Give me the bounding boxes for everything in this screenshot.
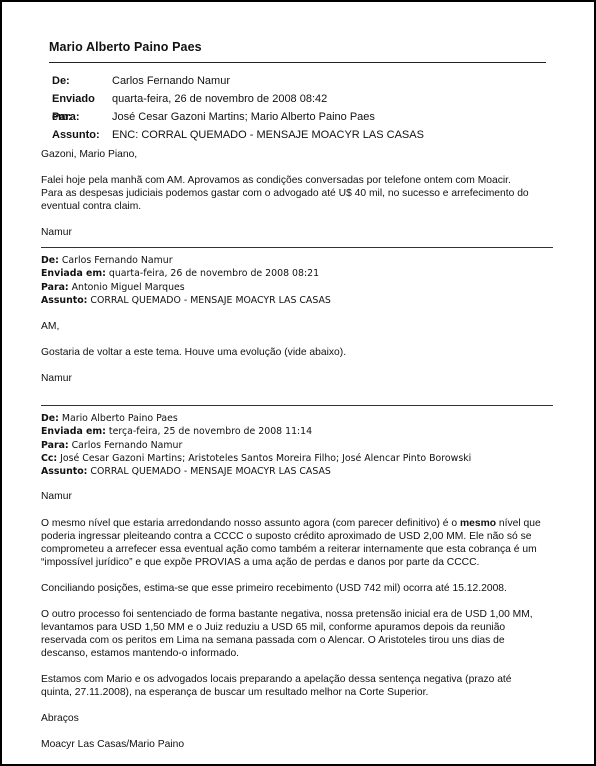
header-value: terça-feira, 25 de novembro de 2008 11:1… bbox=[109, 426, 312, 437]
header-subject: Assunto: CORRAL QUEMADO - MENSAJE MOACYR… bbox=[41, 465, 471, 478]
header-from: De: Mario Alberto Paino Paes bbox=[41, 412, 471, 425]
header-value: quarta-feira, 26 de novembro de 2008 08:… bbox=[112, 90, 327, 108]
header-sent: Enviada em: quarta-feira, 26 de novembro… bbox=[41, 267, 331, 280]
second-message-body: AM, Gostaria de voltar a este tema. Houv… bbox=[41, 320, 346, 385]
email-printout: Mario Alberto Paino Paes De: Carlos Fern… bbox=[0, 0, 596, 766]
third-message-headers: De: Mario Alberto Paino Paes Enviada em:… bbox=[41, 412, 471, 478]
header-value: Mario Alberto Paino Paes bbox=[62, 413, 178, 424]
header-label: De: bbox=[41, 255, 59, 266]
body-line: Gostaria de voltar a este tema. Houve um… bbox=[41, 346, 346, 359]
body-line: O mesmo nível que estaria arredondando n… bbox=[41, 517, 541, 530]
header-subject: Assunto: ENC: CORRAL QUEMADO - MENSAJE M… bbox=[52, 126, 424, 144]
body-line: levantamos para USD 1,50 MM e o Juiz red… bbox=[41, 621, 541, 634]
text-run: O mesmo nível que estaria arredondando n… bbox=[41, 518, 460, 529]
header-value: quarta-feira, 26 de novembro de 2008 08:… bbox=[109, 268, 319, 279]
header-to: Para: Antonio Miguel Marques bbox=[41, 281, 331, 294]
header-label: Enviada em: bbox=[41, 268, 106, 279]
body-line: eventual contra claim. bbox=[41, 200, 529, 213]
body-line: comprometeu a arrefecer essa eventual aç… bbox=[41, 543, 541, 556]
signature: Namur bbox=[41, 372, 346, 385]
body-line: quinta, 27.11.2008), na esperança de bus… bbox=[41, 686, 541, 699]
header-value: Antonio Miguel Marques bbox=[72, 282, 185, 293]
header-label: Assunto: bbox=[41, 466, 87, 477]
emphasis: mesmo bbox=[460, 518, 496, 529]
header-label: Assunto: bbox=[41, 295, 87, 306]
header-to: Para: Carlos Fernando Namur bbox=[41, 439, 471, 452]
body-line: Falei hoje pela manhã com AM. Aprovamos … bbox=[41, 174, 529, 187]
header-value: Carlos Fernando Namur bbox=[62, 255, 173, 266]
body-line: O outro processo foi sentenciado de form… bbox=[41, 608, 541, 621]
signature: Moacyr Las Casas/Mario Paino bbox=[41, 738, 541, 751]
message-separator bbox=[41, 405, 553, 406]
closing: Abraços bbox=[41, 712, 541, 725]
header-sent: Enviado em: quarta-feira, 26 de novembro… bbox=[52, 90, 424, 108]
second-message-headers: De: Carlos Fernando Namur Enviada em: qu… bbox=[41, 254, 331, 307]
greeting: Gazoni, Mario Piano, bbox=[41, 148, 529, 161]
header-label: Para: bbox=[41, 282, 69, 293]
header-from: De: Carlos Fernando Namur bbox=[41, 254, 331, 267]
header-to: Para: José Cesar Gazoni Martins; Mario A… bbox=[52, 108, 424, 126]
body-line: Para as despesas judiciais podemos gasta… bbox=[41, 187, 529, 200]
header-from: De: Carlos Fernando Namur bbox=[52, 72, 424, 90]
header-value: ENC: CORRAL QUEMADO - MENSAJE MOACYR LAS… bbox=[112, 126, 424, 144]
header-label: Para: bbox=[52, 108, 112, 126]
body-line: Estamos com Mario e os advogados locais … bbox=[41, 673, 541, 686]
text-run: nível que bbox=[496, 518, 541, 529]
signature: Namur bbox=[41, 226, 529, 239]
top-message-headers: De: Carlos Fernando Namur Enviado em: qu… bbox=[52, 72, 424, 144]
header-value: Carlos Fernando Namur bbox=[72, 440, 183, 451]
body-line: “impossível jurídico” e que expõe PROVIA… bbox=[41, 556, 541, 569]
header-subject: Assunto: CORRAL QUEMADO - MENSAJE MOACYR… bbox=[41, 294, 331, 307]
header-cc: Cc: José Cesar Gazoni Martins; Aristotel… bbox=[41, 452, 471, 465]
paragraph: Conciliando posições, estima-se que esse… bbox=[41, 582, 541, 595]
header-value: CORRAL QUEMADO - MENSAJE MOACYR LAS CASA… bbox=[90, 295, 330, 306]
body-line: descanso, estamos mantendo-o informado. bbox=[41, 647, 541, 660]
message-separator bbox=[41, 247, 553, 248]
greeting: AM, bbox=[41, 320, 346, 333]
top-message-body: Gazoni, Mario Piano, Falei hoje pela man… bbox=[41, 148, 529, 239]
paragraph: O mesmo nível que estaria arredondando n… bbox=[41, 517, 541, 569]
header-value: Carlos Fernando Namur bbox=[112, 72, 230, 90]
header-label: Enviado em: bbox=[52, 90, 112, 108]
body-line: reservada com os peritos em Lima na sema… bbox=[41, 634, 541, 647]
mailbox-owner: Mario Alberto Paino Paes bbox=[49, 40, 202, 54]
divider bbox=[49, 62, 546, 63]
header-label: De: bbox=[52, 72, 112, 90]
header-label: De: bbox=[41, 413, 59, 424]
paragraph: Estamos com Mario e os advogados locais … bbox=[41, 673, 541, 699]
header-label: Assunto: bbox=[52, 126, 112, 144]
header-label: Cc: bbox=[41, 453, 57, 464]
greeting: Namur bbox=[41, 490, 541, 503]
header-value: CORRAL QUEMADO - MENSAJE MOACYR LAS CASA… bbox=[90, 466, 330, 477]
third-message-body: Namur O mesmo nível que estaria arredond… bbox=[41, 490, 541, 751]
header-value: José Cesar Gazoni Martins; Aristoteles S… bbox=[60, 453, 471, 464]
header-label: Para: bbox=[41, 440, 69, 451]
header-sent: Enviada em: terça-feira, 25 de novembro … bbox=[41, 425, 471, 438]
body-line: poderia ingressar pleiteando contra a CC… bbox=[41, 530, 541, 543]
header-value: José Cesar Gazoni Martins; Mario Alberto… bbox=[112, 108, 375, 126]
header-label: Enviada em: bbox=[41, 426, 106, 437]
paragraph: O outro processo foi sentenciado de form… bbox=[41, 608, 541, 660]
